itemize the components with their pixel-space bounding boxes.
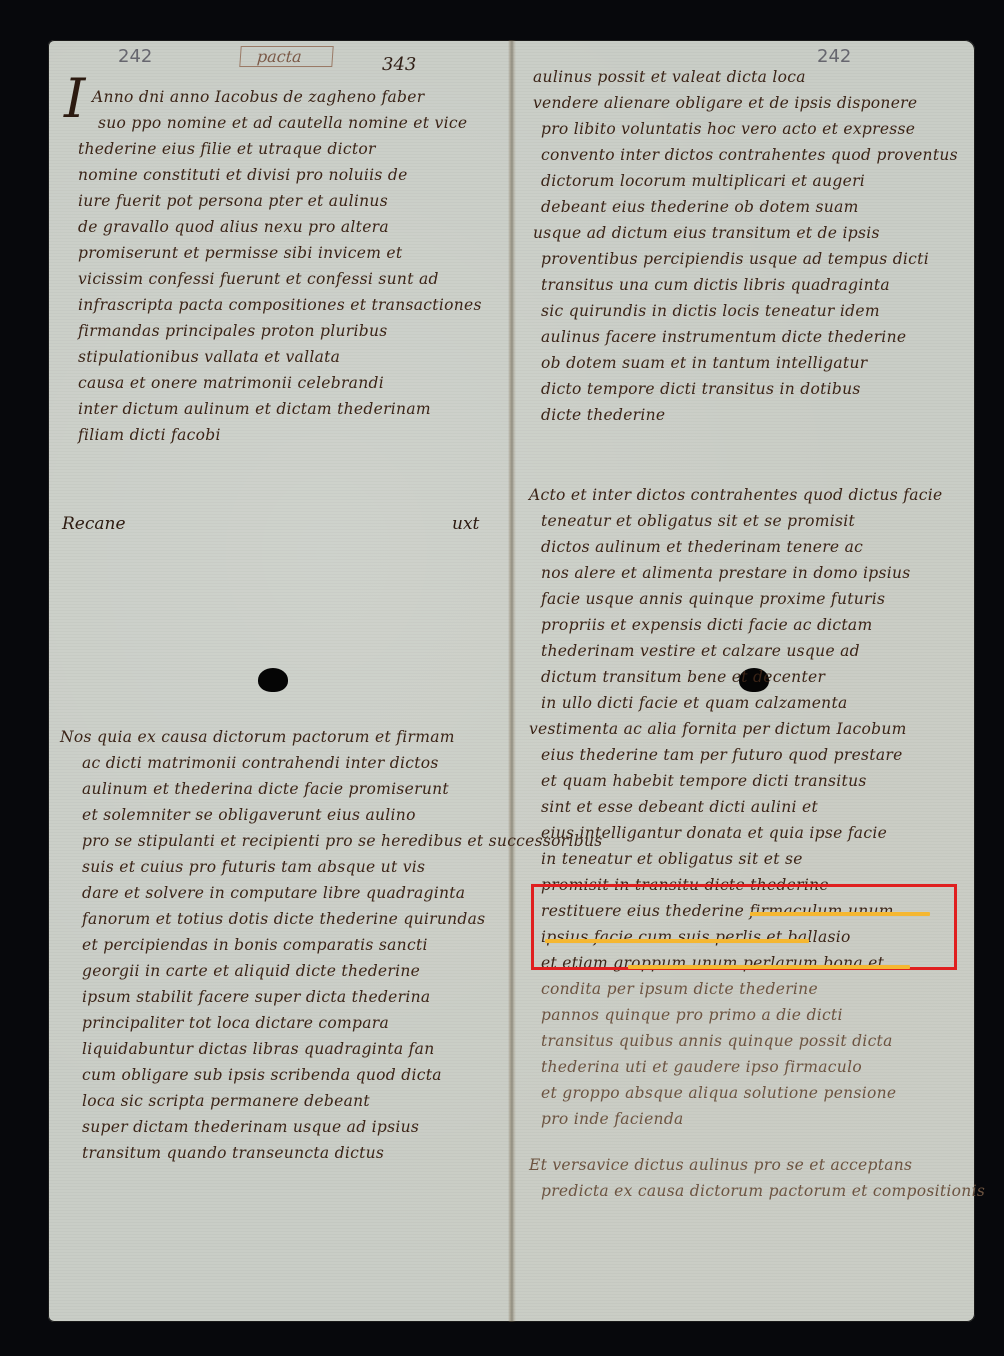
folio-number-left: 242 xyxy=(118,46,152,67)
text-line: transitus quibus annis quinque possit di… xyxy=(529,1028,969,1054)
text-line: filiam dicti facobi xyxy=(78,422,498,448)
text-line: dare et solvere in computare libre quadr… xyxy=(60,880,500,906)
text-line: aulinus possit et valeat dicta loca xyxy=(533,64,963,90)
foliation-mark: 343 xyxy=(382,54,416,75)
manuscript-bifolio: 242 pacta 343 I Anno dni anno Iacobus de… xyxy=(48,40,975,1322)
text-line: iure fuerit pot persona pter et aulinus xyxy=(78,188,498,214)
right-paragraph-1: aulinus possit et valeat dicta loca vend… xyxy=(533,64,963,428)
text-line: liquidabuntur dictas libras quadraginta … xyxy=(60,1036,500,1062)
text-line: Nos quia ex causa dictorum pactorum et f… xyxy=(60,724,500,750)
text-line: georgii in carte et aliquid dicte theder… xyxy=(60,958,500,984)
text-line: de gravallo quod alius nexu pro altera xyxy=(78,214,498,240)
highlight-box xyxy=(531,884,957,970)
text-line: aulinum et thederina dicte facie promise… xyxy=(60,776,500,802)
text-line: debeant eius thederine ob dotem suam xyxy=(533,194,963,220)
text-line: dictorum locorum multiplicari et augeri xyxy=(533,168,963,194)
text-line: Anno dni anno Iacobus de zagheno faber xyxy=(78,84,498,110)
header-label: pacta xyxy=(239,46,333,67)
text-line: et quam habebit tempore dicti transitus xyxy=(529,768,969,794)
text-line: convento inter dictos contrahentes quod … xyxy=(533,142,963,168)
text-line: dicto tempore dicti transitus in dotibus xyxy=(533,376,963,402)
underline-groppum xyxy=(628,965,910,969)
underline-firmaculum xyxy=(750,912,930,916)
text-line: aulinus facere instrumentum dicte theder… xyxy=(533,324,963,350)
text-line: facie usque annis quinque proxime futuri… xyxy=(529,586,969,612)
text-line: thederinam vestire et calzare usque ad xyxy=(529,638,969,664)
text-line: cum obligare sub ipsis scribenda quod di… xyxy=(60,1062,500,1088)
text-line: super dictam thederinam usque ad ipsius xyxy=(60,1114,500,1140)
text-line: infrascripta pacta compositiones et tran… xyxy=(78,292,498,318)
text-line: promiserunt et permisse sibi invicem et xyxy=(78,240,498,266)
text-line: vendere alienare obligare et de ipsis di… xyxy=(533,90,963,116)
text-line: principaliter tot loca dictare compara xyxy=(60,1010,500,1036)
text-line: Et versavice dictus aulinus pro se et ac… xyxy=(529,1152,969,1178)
text-line: dictum transitum bene et decenter xyxy=(529,664,969,690)
text-line: in ullo dicti facie et quam calzamenta xyxy=(529,690,969,716)
text-line: suis et cuius pro futuris tam absque ut … xyxy=(60,854,500,880)
text-line: pro inde facienda xyxy=(529,1106,969,1132)
text-line: causa et onere matrimonii celebrandi xyxy=(78,370,498,396)
text-line: pro libito voluntatis hoc vero acto et e… xyxy=(533,116,963,142)
text-line: nomine constituti et divisi pro noluiis … xyxy=(78,162,498,188)
right-paragraph-2: Acto et inter dictos contrahentes quod d… xyxy=(529,482,969,1132)
margin-note-left: Recane xyxy=(62,514,126,534)
text-line: ipsum stabilit facere super dicta theder… xyxy=(60,984,500,1010)
text-line: proventibus percipiendis usque ad tempus… xyxy=(533,246,963,272)
text-line: suo ppo nomine et ad cautella nomine et … xyxy=(78,110,498,136)
left-page: 242 pacta 343 I Anno dni anno Iacobus de… xyxy=(48,40,511,1322)
text-line: thederina uti et gaudere ipso firmaculo xyxy=(529,1054,969,1080)
text-line: inter dictum aulinum et dictam thederina… xyxy=(78,396,498,422)
left-paragraph-1: Anno dni anno Iacobus de zagheno faber s… xyxy=(78,84,498,448)
text-line: usque ad dictum eius transitum et de ips… xyxy=(533,220,963,246)
text-line: vicissim confessi fuerunt et confessi su… xyxy=(78,266,498,292)
text-line: transitus una cum dictis libris quadragi… xyxy=(533,272,963,298)
text-line: eius intelligantur donata et quia ipse f… xyxy=(529,820,969,846)
text-line: fanorum et totius dotis dicte thederine … xyxy=(60,906,500,932)
text-line: eius thederine tam per futuro quod prest… xyxy=(529,742,969,768)
text-line: et solemniter se obligaverunt eius aulin… xyxy=(60,802,500,828)
text-line: firmandas principales proton pluribus xyxy=(78,318,498,344)
text-line: nos alere et alimenta prestare in domo i… xyxy=(529,560,969,586)
text-line: sic quirundis in dictis locis teneatur i… xyxy=(533,298,963,324)
text-line: dicte thederine xyxy=(533,402,963,428)
text-line: thederine eius filie et utraque dictor xyxy=(78,136,498,162)
text-line: propriis et expensis dicti facie ac dict… xyxy=(529,612,969,638)
text-line: vestimenta ac alia fornita per dictum Ia… xyxy=(529,716,969,742)
text-line: dictos aulinum et thederinam tenere ac xyxy=(529,534,969,560)
right-page: 242 aulinus possit et valeat dicta loca … xyxy=(513,40,975,1322)
text-line: loca sic scripta permanere debeant xyxy=(60,1088,500,1114)
text-line: Acto et inter dictos contrahentes quod d… xyxy=(529,482,969,508)
text-line: condita per ipsum dicte thederine xyxy=(529,976,969,1002)
text-line: ob dotem suam et in tantum intelligatur xyxy=(533,350,963,376)
text-line: teneatur et obligatus sit et se promisit xyxy=(529,508,969,534)
text-line: sint et esse debeant dicti aulini et xyxy=(529,794,969,820)
text-line: et percipiendas in bonis comparatis sanc… xyxy=(60,932,500,958)
text-line: in teneatur et obligatus sit et se xyxy=(529,846,969,872)
margin-note-right: uxt xyxy=(452,514,479,534)
underline-ipsius-facie xyxy=(545,939,809,943)
text-line: pro se stipulanti et recipienti pro se h… xyxy=(60,828,500,854)
right-paragraph-3: Et versavice dictus aulinus pro se et ac… xyxy=(529,1152,969,1204)
text-line: transitum quando transeuncta dictus xyxy=(60,1140,500,1166)
text-line: ac dicti matrimonii contrahendi inter di… xyxy=(60,750,500,776)
text-line: predicta ex causa dictorum pactorum et c… xyxy=(529,1178,969,1204)
text-line: stipulationibus vallata et vallata xyxy=(78,344,498,370)
ink-blot xyxy=(258,668,288,692)
text-line: et groppo absque aliqua solutione pensio… xyxy=(529,1080,969,1106)
text-line: pannos quinque pro primo a die dicti xyxy=(529,1002,969,1028)
left-paragraph-2: Nos quia ex causa dictorum pactorum et f… xyxy=(60,724,500,1166)
